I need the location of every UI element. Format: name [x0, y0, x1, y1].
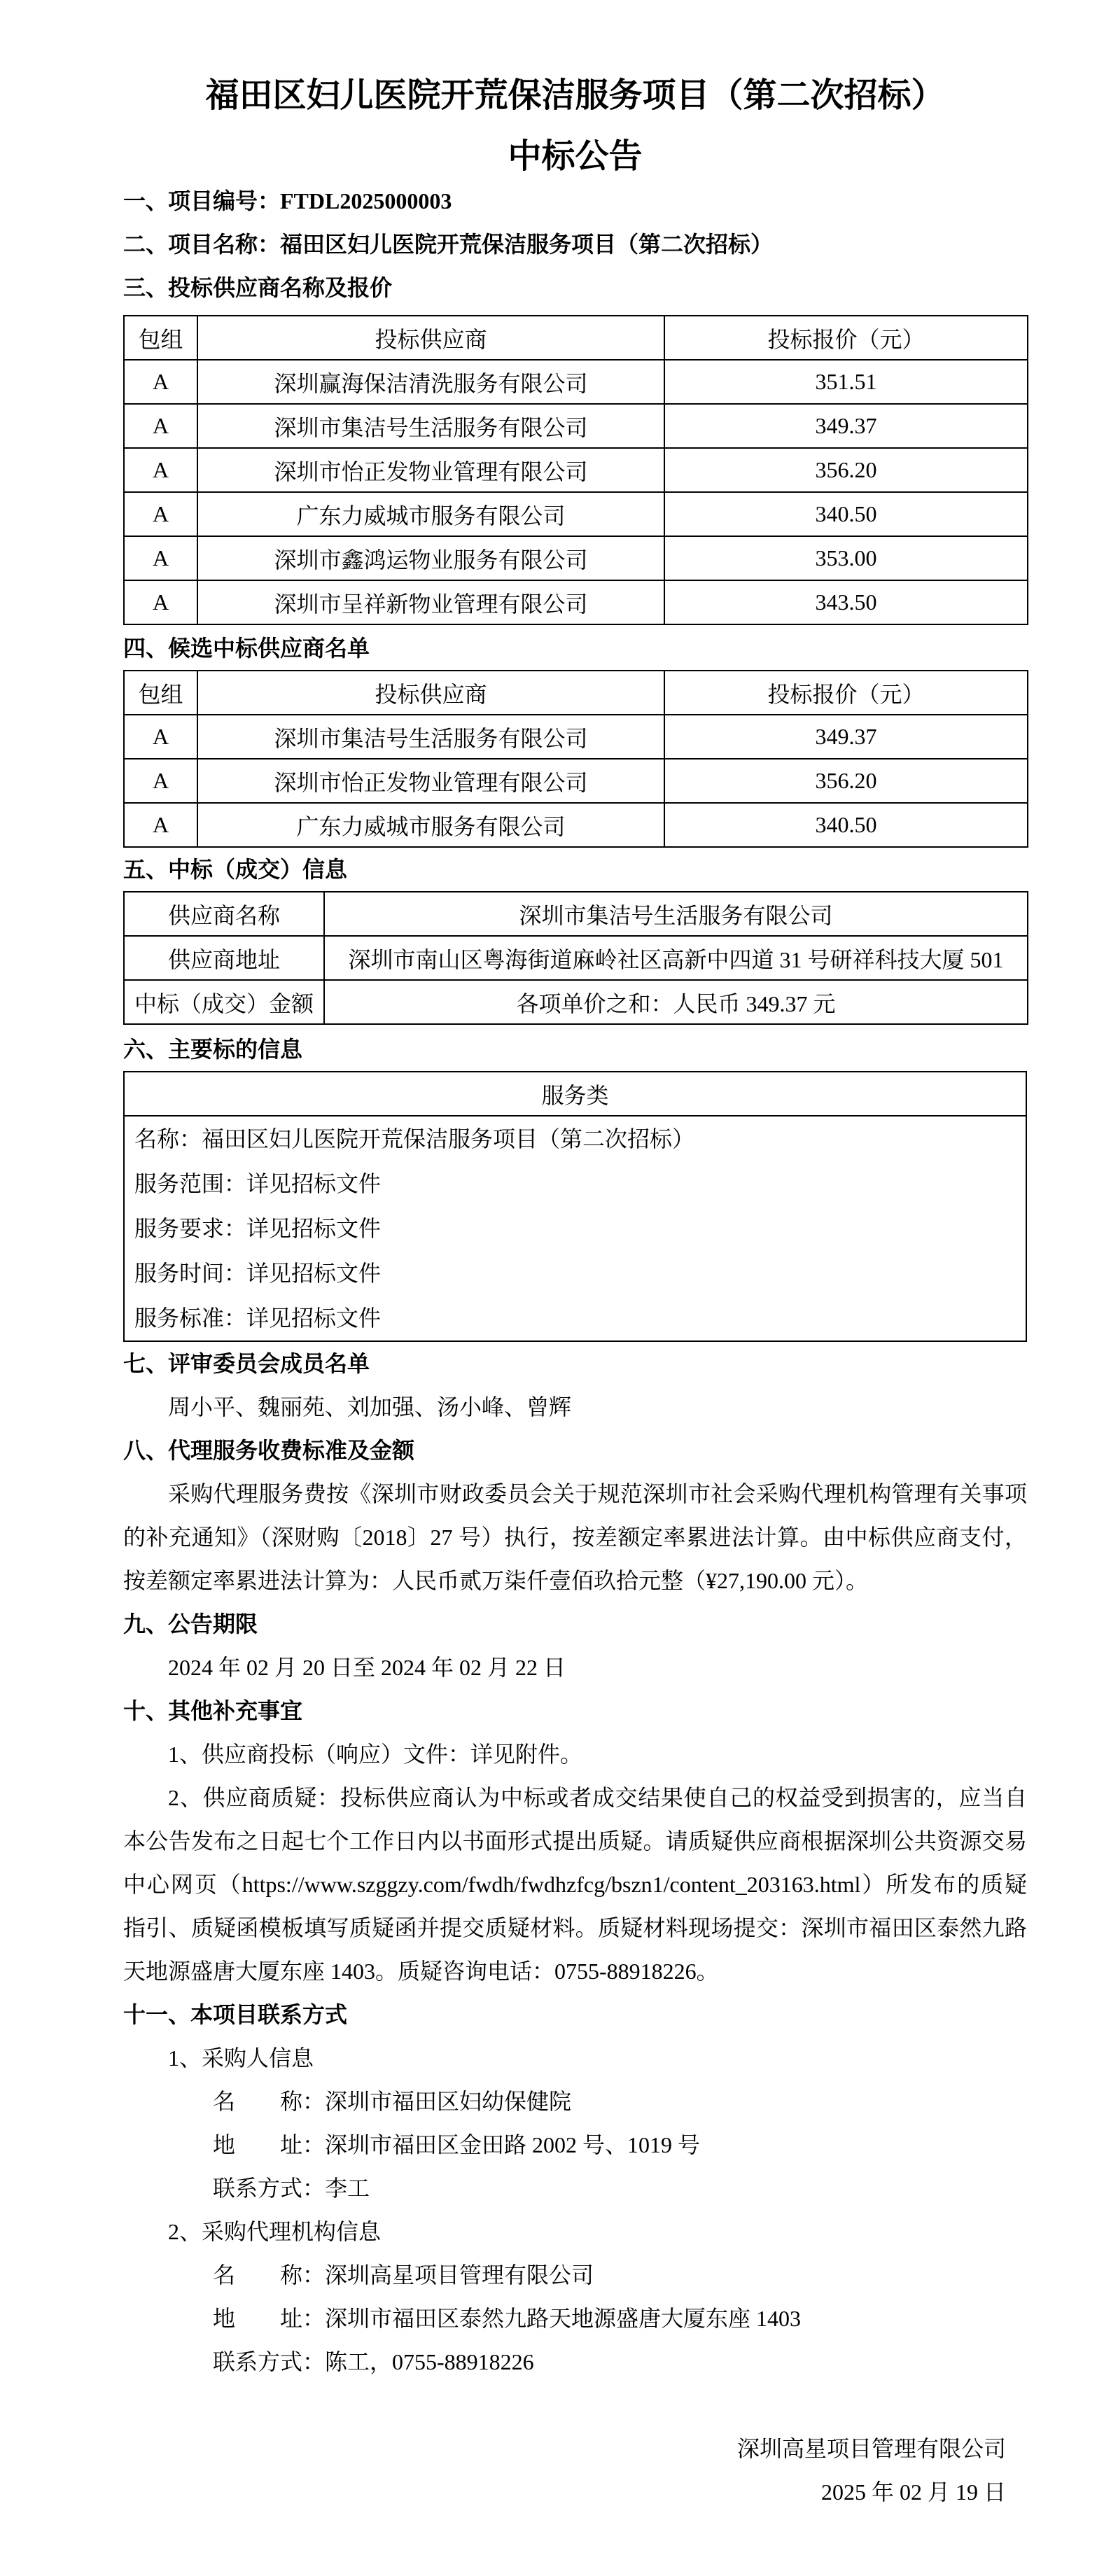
- bidders-table: 包组 投标供应商 投标报价（元） A 深圳赢海保洁清洗服务有限公司 351.51…: [123, 315, 1028, 625]
- agency-name: 名 称：深圳高星项目管理有限公司: [123, 2253, 1027, 2297]
- cell-group: A: [124, 536, 197, 580]
- supplement-item-1: 1、供应商投标（响应）文件：详见附件。: [123, 1732, 1027, 1776]
- subtitle: 中标公告: [123, 134, 1027, 179]
- section-7-heading: 七、评审委员会成员名单: [123, 1342, 1027, 1385]
- award-label: 供应商地址: [124, 936, 324, 980]
- cell-price: 356.20: [664, 448, 1028, 492]
- section-11-heading: 十一、本项目联系方式: [123, 1993, 1027, 2036]
- section-5-heading: 五、中标（成交）信息: [123, 848, 1027, 891]
- table-row: A 深圳市集洁号生活服务有限公司 349.37: [124, 404, 1028, 448]
- subject-requirement-line: 服务要求：详见招标文件: [134, 1206, 1016, 1251]
- table-header-row: 包组 投标供应商 投标报价（元）: [124, 671, 1028, 715]
- table-row: A 广东力威城市服务有限公司 340.50: [124, 803, 1028, 847]
- award-label: 中标（成交）金额: [124, 980, 324, 1024]
- agency-info-title: 2、采购代理机构信息: [123, 2210, 1027, 2253]
- subject-name-line: 名称：福田区妇儿医院开荒保洁服务项目（第二次招标）: [134, 1116, 1016, 1161]
- signature-date: 2025 年 02 月 19 日: [123, 2470, 1006, 2514]
- cell-supplier: 深圳市鑫鸿运物业服务有限公司: [197, 536, 664, 580]
- cell-supplier: 深圳市怡正发物业管理有限公司: [197, 448, 664, 492]
- section-4-heading: 四、候选中标供应商名单: [123, 626, 1027, 670]
- cell-group: A: [124, 448, 197, 492]
- agency-contact: 联系方式：陈工，0755-88918226: [123, 2340, 1027, 2383]
- cell-group: A: [124, 492, 197, 536]
- table-row: A 深圳市鑫鸿运物业服务有限公司 353.00: [124, 536, 1028, 580]
- award-value: 深圳市集洁号生活服务有限公司: [324, 892, 1028, 936]
- cell-supplier: 广东力威城市服务有限公司: [197, 803, 664, 847]
- cell-price: 340.50: [664, 803, 1028, 847]
- header-group: 包组: [124, 671, 197, 715]
- table-row: 供应商名称 深圳市集洁号生活服务有限公司: [124, 892, 1028, 936]
- cell-group: A: [124, 404, 197, 448]
- cell-group: A: [124, 803, 197, 847]
- header-price: 投标报价（元）: [664, 316, 1028, 360]
- cell-price: 351.51: [664, 360, 1028, 404]
- candidates-table: 包组 投标供应商 投标报价（元） A 深圳市集洁号生活服务有限公司 349.37…: [123, 670, 1028, 848]
- section-2-heading: 二、项目名称：福田区妇儿医院开荒保洁服务项目（第二次招标）: [123, 223, 1027, 266]
- table-row: A 深圳市呈祥新物业管理有限公司 343.50: [124, 580, 1028, 624]
- table-row: A 深圳市怡正发物业管理有限公司 356.20: [124, 448, 1028, 492]
- subject-standard-line: 服务标准：详见招标文件: [134, 1296, 1016, 1340]
- cell-group: A: [124, 759, 197, 803]
- cell-price: 353.00: [664, 536, 1028, 580]
- signature-company: 深圳高星项目管理有限公司: [123, 2427, 1006, 2470]
- agency-fee-paragraph: 采购代理服务费按《深圳市财政委员会关于规范深圳市社会采购代理机构管理有关事项的补…: [123, 1472, 1027, 1602]
- section-10-heading: 十、其他补充事宜: [123, 1689, 1027, 1732]
- table-header-row: 包组 投标供应商 投标报价（元）: [124, 316, 1028, 360]
- subject-details-cell: 名称：福田区妇儿医院开荒保洁服务项目（第二次招标） 服务范围：详见招标文件 服务…: [124, 1116, 1026, 1341]
- table-row: 中标（成交）金额 各项单价之和：人民币 349.37 元: [124, 980, 1028, 1024]
- buyer-address: 地 址：深圳市福田区金田路 2002 号、1019 号: [123, 2123, 1027, 2166]
- section-6-heading: 六、主要标的信息: [123, 1028, 1027, 1071]
- document-page: 福田区妇儿医院开荒保洁服务项目（第二次招标） 中标公告 一、项目编号：FTDL2…: [0, 0, 1111, 2576]
- table-row: A 深圳市怡正发物业管理有限公司 356.20: [124, 759, 1028, 803]
- section-1-heading: 一、项目编号：FTDL2025000003: [123, 179, 1027, 223]
- award-value: 各项单价之和：人民币 349.37 元: [324, 980, 1028, 1024]
- header-group: 包组: [124, 316, 197, 360]
- buyer-info-title: 1、采购人信息: [123, 2036, 1027, 2080]
- cell-supplier: 广东力威城市服务有限公司: [197, 492, 664, 536]
- subject-time-line: 服务时间：详见招标文件: [134, 1251, 1016, 1296]
- table-row: A 广东力威城市服务有限公司 340.50: [124, 492, 1028, 536]
- table-row: A 深圳市集洁号生活服务有限公司 349.37: [124, 715, 1028, 759]
- cell-price: 340.50: [664, 492, 1028, 536]
- cell-supplier: 深圳市集洁号生活服务有限公司: [197, 715, 664, 759]
- header-price: 投标报价（元）: [664, 671, 1028, 715]
- subject-scope-line: 服务范围：详见招标文件: [134, 1161, 1016, 1206]
- subject-category-header: 服务类: [124, 1072, 1026, 1116]
- cell-group: A: [124, 715, 197, 759]
- supplement-item-2: 2、供应商质疑：投标供应商认为中标或者成交结果使自己的权益受到损害的，应当自本公…: [123, 1776, 1027, 1993]
- agency-address: 地 址：深圳市福田区泰然九路天地源盛唐大厦东座 1403: [123, 2297, 1027, 2340]
- cell-price: 349.37: [664, 715, 1028, 759]
- cell-group: A: [124, 580, 197, 624]
- committee-names: 周小平、魏丽苑、刘加强、汤小峰、曾辉: [123, 1385, 1027, 1429]
- award-info-table: 供应商名称 深圳市集洁号生活服务有限公司 供应商地址 深圳市南山区粤海街道麻岭社…: [123, 891, 1028, 1025]
- announcement-period: 2024 年 02 月 20 日至 2024 年 02 月 22 日: [123, 1646, 1027, 1689]
- buyer-contact: 联系方式：李工: [123, 2166, 1027, 2210]
- cell-price: 356.20: [664, 759, 1028, 803]
- award-value: 深圳市南山区粤海街道麻岭社区高新中四道 31 号研祥科技大厦 501: [324, 936, 1028, 980]
- cell-supplier: 深圳市怡正发物业管理有限公司: [197, 759, 664, 803]
- section-9-heading: 九、公告期限: [123, 1602, 1027, 1646]
- cell-group: A: [124, 360, 197, 404]
- table-header-row: 服务类: [124, 1072, 1026, 1116]
- buyer-name: 名 称：深圳市福田区妇幼保健院: [123, 2080, 1027, 2123]
- table-row: A 深圳赢海保洁清洗服务有限公司 351.51: [124, 360, 1028, 404]
- cell-price: 349.37: [664, 404, 1028, 448]
- cell-price: 343.50: [664, 580, 1028, 624]
- table-row: 名称：福田区妇儿医院开荒保洁服务项目（第二次招标） 服务范围：详见招标文件 服务…: [124, 1116, 1026, 1341]
- table-row: 供应商地址 深圳市南山区粤海街道麻岭社区高新中四道 31 号研祥科技大厦 501: [124, 936, 1028, 980]
- section-8-heading: 八、代理服务收费标准及金额: [123, 1429, 1027, 1472]
- header-supplier: 投标供应商: [197, 671, 664, 715]
- cell-supplier: 深圳赢海保洁清洗服务有限公司: [197, 360, 664, 404]
- subject-info-table: 服务类 名称：福田区妇儿医院开荒保洁服务项目（第二次招标） 服务范围：详见招标文…: [123, 1071, 1027, 1342]
- cell-supplier: 深圳市呈祥新物业管理有限公司: [197, 580, 664, 624]
- award-label: 供应商名称: [124, 892, 324, 936]
- section-3-heading: 三、投标供应商名称及报价: [123, 266, 1027, 309]
- header-supplier: 投标供应商: [197, 316, 664, 360]
- main-title: 福田区妇儿医院开荒保洁服务项目（第二次招标）: [123, 0, 1027, 122]
- cell-supplier: 深圳市集洁号生活服务有限公司: [197, 404, 664, 448]
- signature-block: 深圳高星项目管理有限公司 2025 年 02 月 19 日: [123, 2427, 1027, 2514]
